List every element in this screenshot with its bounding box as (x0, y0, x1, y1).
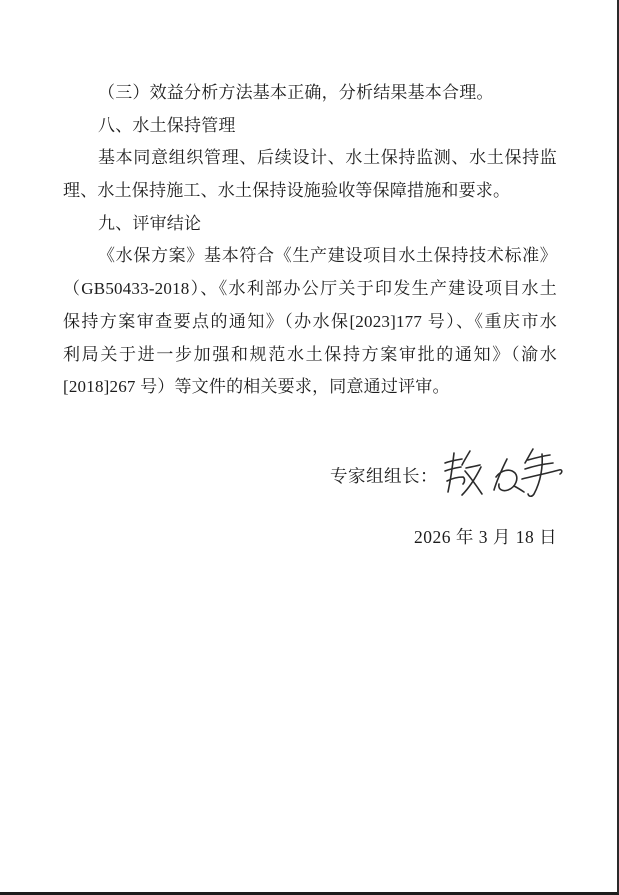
paragraph-line: 理、水土保持施工、水土保持设施验收等保障措施和要求。 (63, 175, 557, 208)
signature-handwriting (420, 437, 570, 512)
paragraph-line: 基本同意组织管理、后续设计、水土保持监测、水土保持监 (63, 142, 557, 175)
body-text: （三）效益分析方法基本正确，分析结果基本合理。 八、水土保持管理 基本同意组织管… (63, 77, 557, 404)
document-page: （三）效益分析方法基本正确，分析结果基本合理。 八、水土保持管理 基本同意组织管… (0, 0, 619, 895)
paragraph-line: 《水保方案》基本符合《生产建设项目水土保持技术标准》 (63, 240, 557, 273)
paragraph-line: [2018]267 号）等文件的相关要求，同意通过评审。 (63, 371, 557, 404)
section-heading: 八、水土保持管理 (63, 110, 557, 143)
paragraph-line: 利局关于进一步加强和规范水土保持方案审批的通知》（渝水 (63, 339, 557, 372)
paragraph-line: （GB50433-2018）、《水利部办公厅关于印发生产建设项目水土 (63, 273, 557, 306)
paragraph-line: 保持方案审查要点的通知》（办水保[2023]177 号）、《重庆市水 (63, 306, 557, 339)
section-heading: 九、评审结论 (63, 208, 557, 241)
paragraph-line: （三）效益分析方法基本正确，分析结果基本合理。 (63, 77, 557, 110)
date-text: 2026 年 3 月 18 日 (414, 524, 557, 549)
